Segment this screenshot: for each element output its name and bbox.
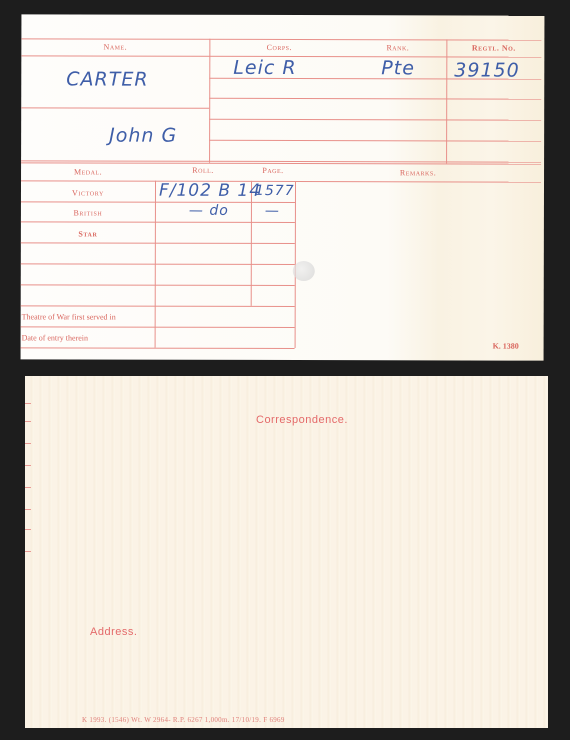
rule xyxy=(21,38,541,40)
header-page: Page. xyxy=(251,166,295,175)
margin-tick xyxy=(25,551,31,552)
entry-date-label: Date of entry therein xyxy=(22,333,88,342)
rule xyxy=(21,242,295,244)
header-corps: Corps. xyxy=(209,43,349,52)
rule xyxy=(21,107,209,108)
header-roll: Roll. xyxy=(155,166,251,175)
medal-index-card-back: Correspondence. Address. K 1993. (1546) … xyxy=(25,376,548,728)
rule xyxy=(155,181,156,348)
british-page: — xyxy=(265,203,280,219)
print-code-footer: K 1993. (1546) Wt. W 2964- R.P. 6267 1,0… xyxy=(82,716,285,724)
rule xyxy=(21,284,295,286)
corps-value: Leic R xyxy=(233,57,296,79)
rule xyxy=(209,98,541,100)
rule xyxy=(21,221,295,223)
rule xyxy=(446,39,447,163)
rule xyxy=(21,201,295,203)
rule xyxy=(21,347,295,349)
rule xyxy=(21,263,295,265)
rule xyxy=(209,140,541,142)
rule xyxy=(209,39,210,163)
address-heading: Address. xyxy=(90,626,137,638)
margin-tick xyxy=(25,403,31,404)
header-regt-no: Regtl. No. xyxy=(446,43,541,52)
header-name: Name. xyxy=(21,42,209,51)
margin-tick xyxy=(25,465,31,466)
margin-tick xyxy=(25,421,31,422)
rule xyxy=(21,305,295,307)
rank-value: Pte xyxy=(381,57,415,79)
header-rank: Rank. xyxy=(349,43,446,52)
medal-victory-label: Victory xyxy=(21,188,155,197)
stamp-mark xyxy=(293,261,315,281)
correspondence-heading: Correspondence. xyxy=(256,414,348,426)
medal-star-label: Star xyxy=(21,229,155,238)
surname: CARTER xyxy=(66,68,148,90)
rule xyxy=(21,162,541,164)
medal-british-label: British xyxy=(21,208,155,217)
forenames: John G xyxy=(109,125,177,147)
margin-tick xyxy=(25,487,31,488)
british-roll: — do xyxy=(189,203,229,219)
margin-tick xyxy=(25,443,31,444)
margin-tick xyxy=(25,529,31,530)
header-medal: Medal. xyxy=(21,167,155,176)
victory-page: 1577 xyxy=(255,183,295,199)
theatre-label: Theatre of War first served in xyxy=(22,312,116,321)
rule xyxy=(21,326,295,328)
medal-index-card-front: Name. Corps. Rank. Regtl. No. CARTER Joh… xyxy=(21,14,545,360)
rule xyxy=(209,119,541,121)
form-code: K. 1380 xyxy=(493,342,519,351)
regt-no-value: 39150 xyxy=(454,59,520,81)
margin-tick xyxy=(25,509,31,510)
victory-roll: F/102 B 14 xyxy=(159,181,261,201)
header-remarks: Remarks. xyxy=(295,168,541,178)
